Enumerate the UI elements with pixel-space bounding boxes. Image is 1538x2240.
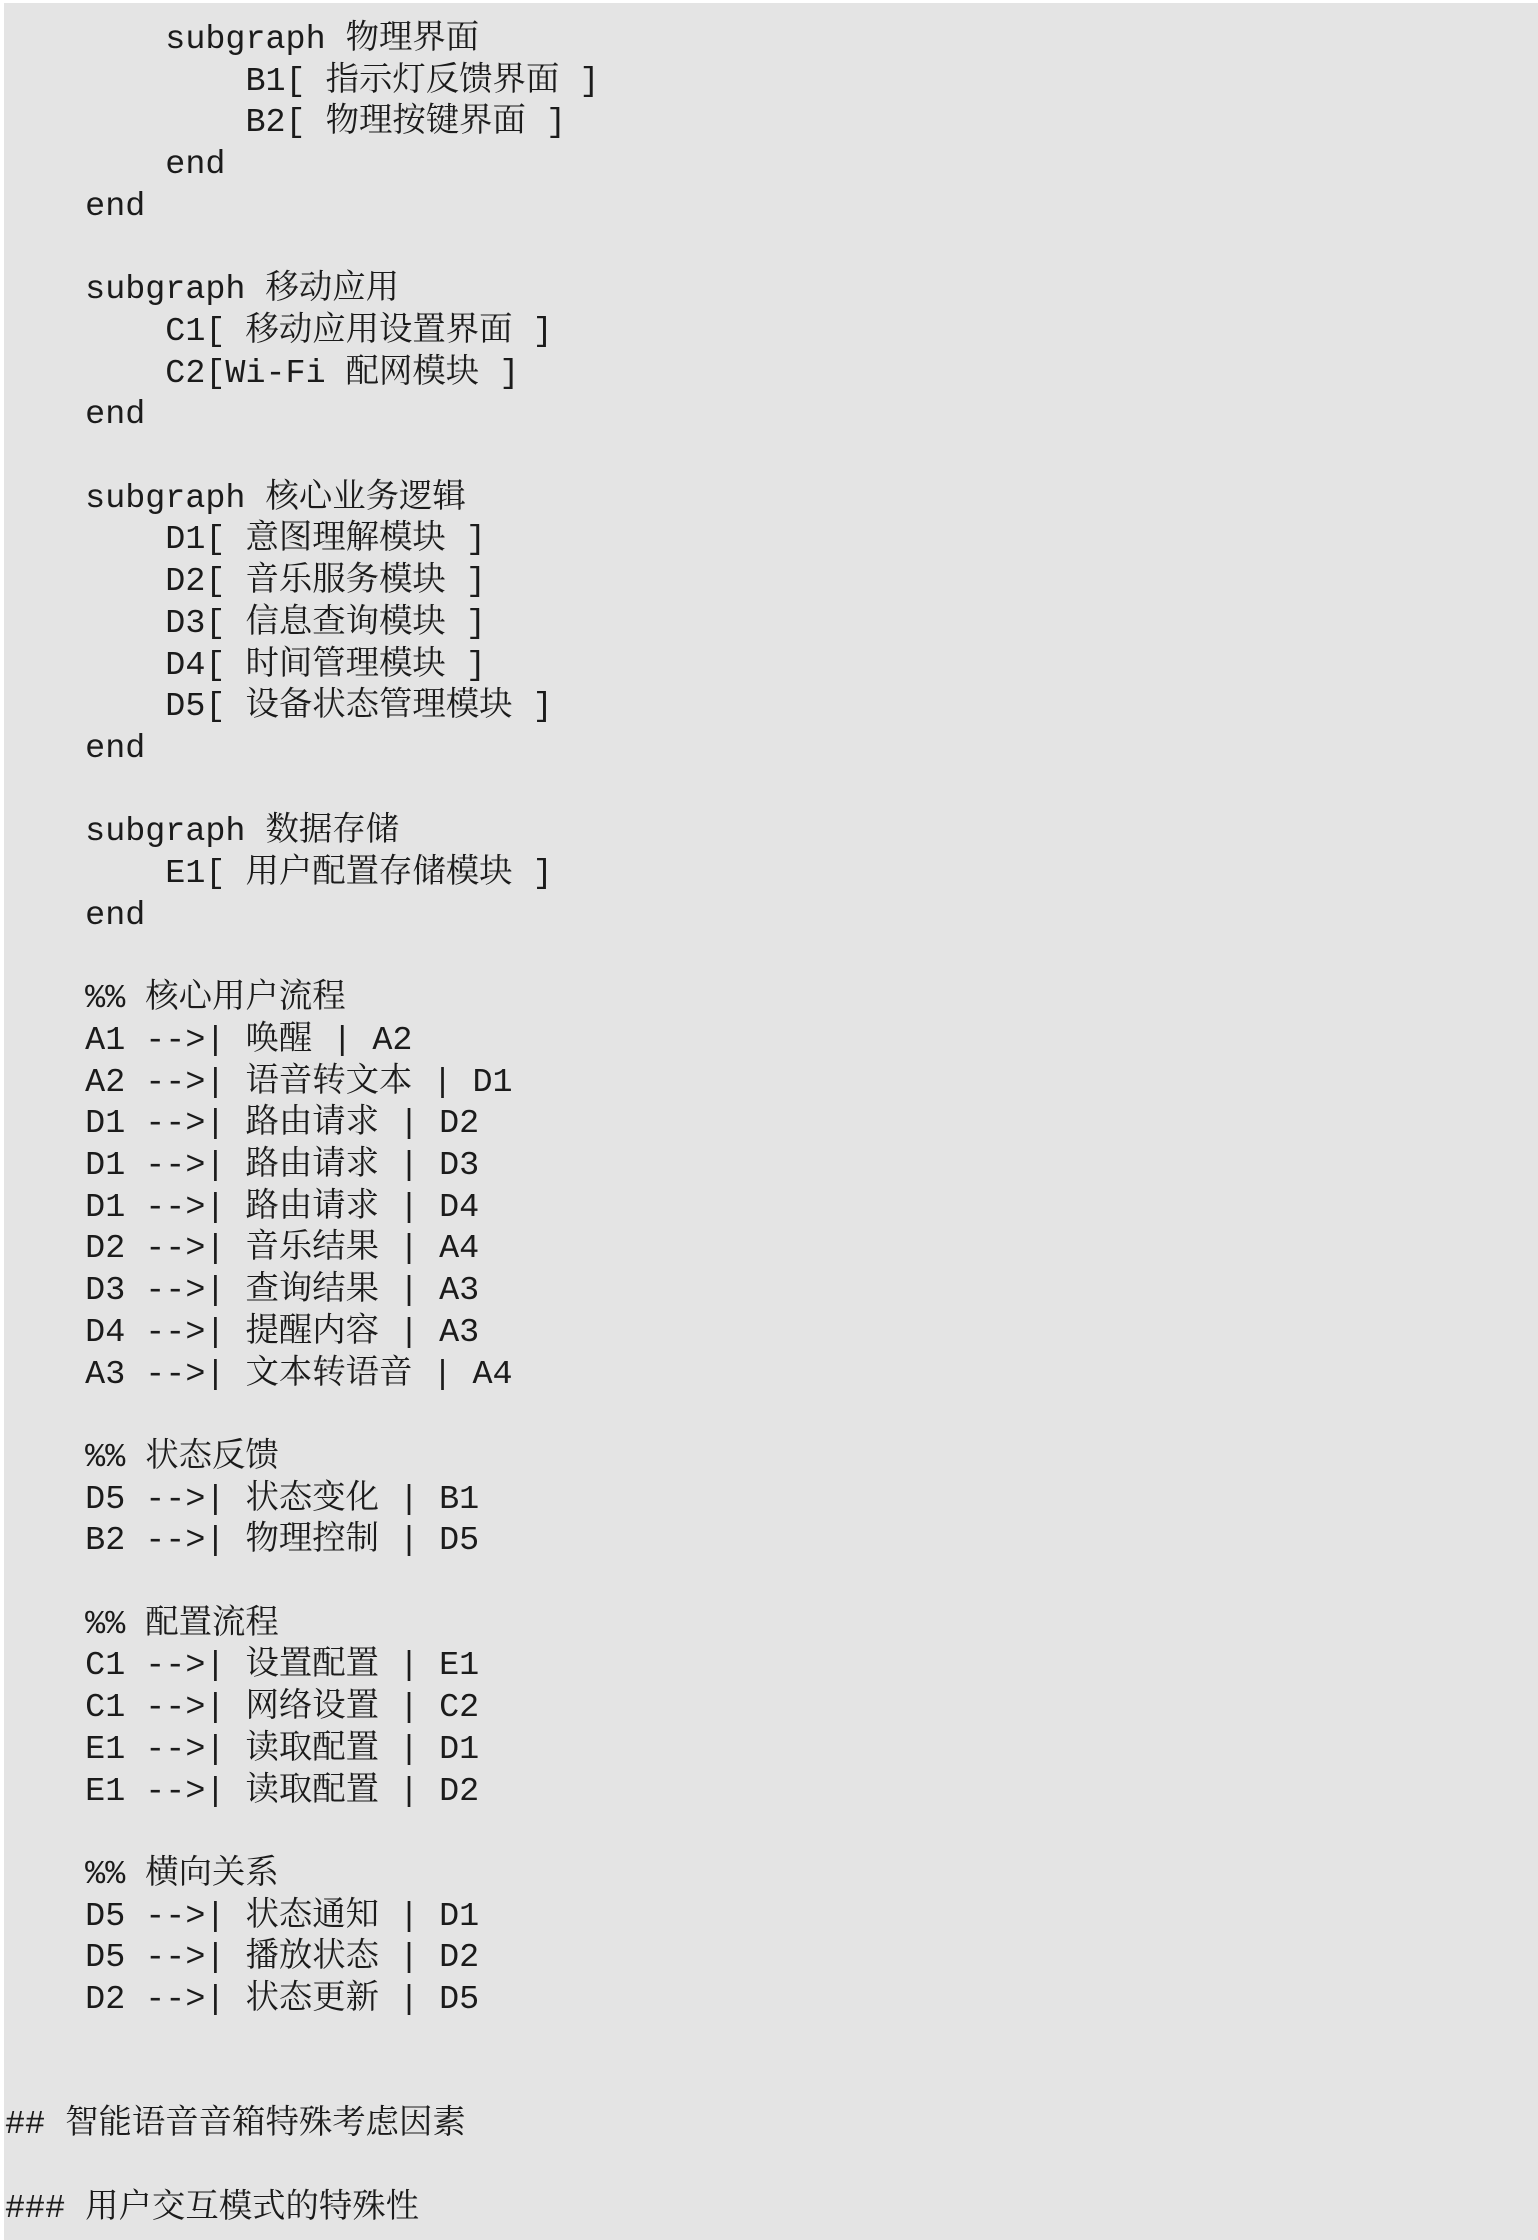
- document-page: subgraph 物理界面 B1[ 指示灯反馈界面 ] B2[ 物理按键界面 ]…: [4, 3, 1538, 2240]
- mermaid-source-code: subgraph 物理界面 B1[ 指示灯反馈界面 ] B2[ 物理按键界面 ]…: [5, 20, 599, 2230]
